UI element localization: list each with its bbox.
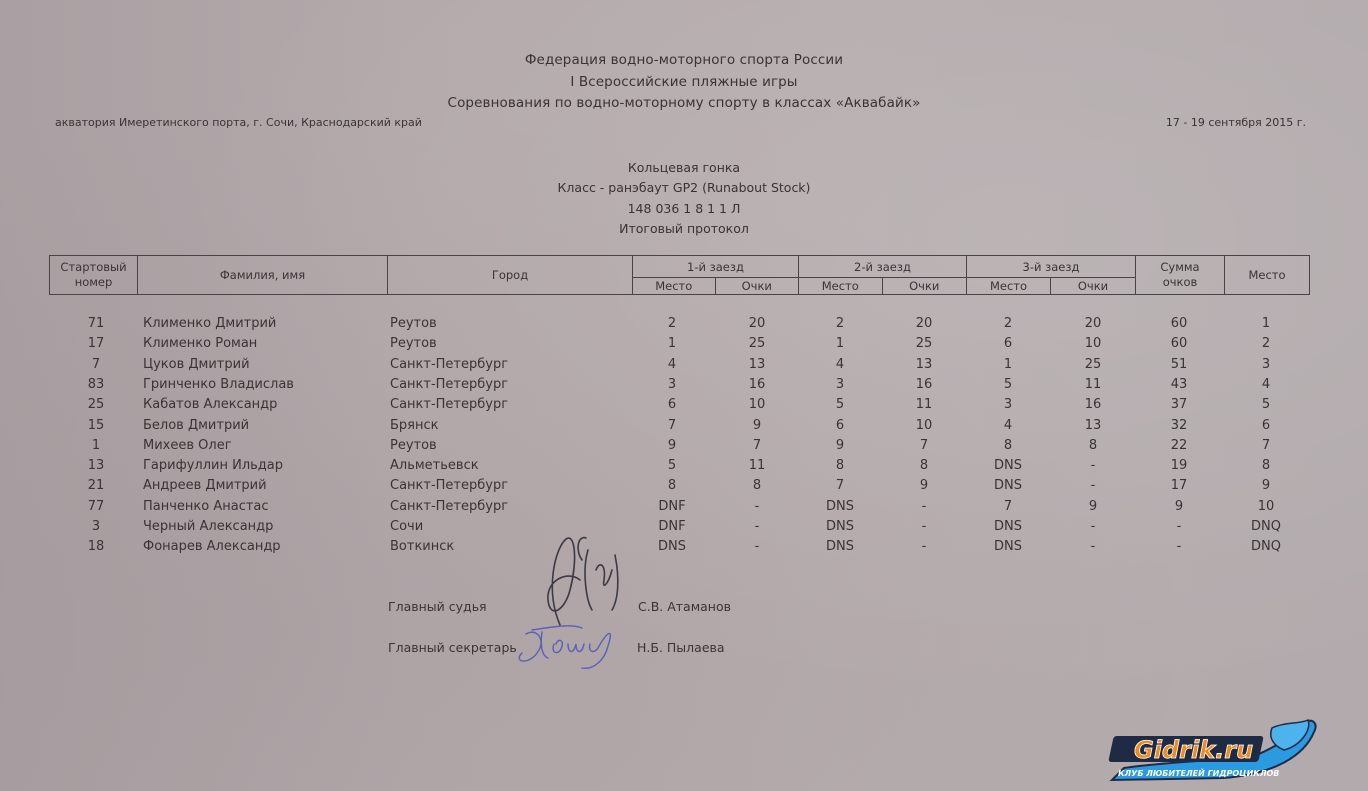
heat2-place: 2 bbox=[800, 314, 880, 334]
competition-title: Соревнования по водно-моторному спорту в… bbox=[0, 95, 1368, 111]
athlete-name: Клименко Роман bbox=[143, 334, 257, 354]
col-heat2: 2-й заезд Место Очки bbox=[799, 256, 967, 294]
heat1-title: 1-й заезд bbox=[633, 256, 798, 278]
city: Санкт-Петербург bbox=[390, 476, 508, 496]
heat3-points: 9 bbox=[1053, 497, 1133, 517]
total-points: 37 bbox=[1139, 395, 1219, 415]
judge-signature-icon bbox=[520, 530, 630, 630]
gidrik-logo: Gidrik.ru КЛУБ ЛЮБИТЕЛЕЙ ГИДРОЦИКЛОВ bbox=[1104, 716, 1318, 782]
heat3-place: 6 bbox=[968, 334, 1048, 354]
city: Реутов bbox=[390, 334, 437, 354]
heat2-place: 1 bbox=[800, 334, 880, 354]
protocol-title: Итоговый протокол bbox=[0, 221, 1368, 236]
total-points: 51 bbox=[1139, 355, 1219, 375]
city: Реутов bbox=[390, 436, 437, 456]
table-row: 7Цуков ДмитрийСанкт-Петербург41341312551… bbox=[0, 355, 1368, 375]
svg-text:КЛУБ ЛЮБИТЕЛЕЙ ГИДРОЦИКЛОВ: КЛУБ ЛЮБИТЕЛЕЙ ГИДРОЦИКЛОВ bbox=[1118, 767, 1279, 778]
heat3-title: 3-й заезд bbox=[967, 256, 1135, 278]
col-city: Город bbox=[388, 256, 633, 294]
heat3-points: 8 bbox=[1053, 436, 1133, 456]
total-points: 9 bbox=[1139, 497, 1219, 517]
start-number: 25 bbox=[60, 395, 132, 415]
heat1-points: 25 bbox=[717, 334, 797, 354]
total-points: 32 bbox=[1139, 416, 1219, 436]
chief-judge-label: Главный судья bbox=[388, 599, 487, 614]
heat3-points: - bbox=[1053, 476, 1133, 496]
chief-judge-name: С.В. Атаманов bbox=[638, 599, 731, 614]
venue: акватория Имеретинского порта, г. Сочи, … bbox=[55, 116, 422, 129]
heat2-place: 7 bbox=[800, 476, 880, 496]
heat2-points: Очки bbox=[883, 277, 967, 294]
start-number: 3 bbox=[60, 517, 132, 537]
col-heat1: 1-й заезд Место Очки bbox=[633, 256, 799, 294]
athlete-name: Андреев Дмитрий bbox=[143, 476, 267, 496]
heat3-place: 5 bbox=[968, 375, 1048, 395]
dates: 17 - 19 сентября 2015 г. bbox=[1166, 116, 1306, 129]
start-number: 13 bbox=[60, 456, 132, 476]
chief-secretary-name: Н.Б. Пылаева bbox=[637, 640, 725, 655]
city: Санкт-Петербург bbox=[390, 375, 508, 395]
heat2-place: DNS bbox=[800, 517, 880, 537]
heat1-place: DNF bbox=[632, 517, 712, 537]
heat1-place: 2 bbox=[632, 314, 712, 334]
col-place: Место bbox=[1225, 256, 1309, 294]
heat1-points: 11 bbox=[717, 456, 797, 476]
athlete-name: Гарифуллин Ильдар bbox=[143, 456, 283, 476]
table-row: 21Андреев ДмитрийСанкт-Петербург8879DNS-… bbox=[0, 476, 1368, 496]
city: Воткинск bbox=[390, 537, 454, 557]
city: Санкт-Петербург bbox=[390, 395, 508, 415]
city: Брянск bbox=[390, 416, 439, 436]
heat3-points: Очки bbox=[1051, 277, 1135, 294]
heat1-points: - bbox=[717, 517, 797, 537]
final-place: 5 bbox=[1226, 395, 1306, 415]
heat3-place: DNS bbox=[968, 517, 1048, 537]
heat3-points: 11 bbox=[1053, 375, 1133, 395]
heat3-points: - bbox=[1053, 456, 1133, 476]
heat2-points: - bbox=[884, 497, 964, 517]
heat1-place: 8 bbox=[632, 476, 712, 496]
heat2-place: 6 bbox=[800, 416, 880, 436]
start-number: 21 bbox=[60, 476, 132, 496]
heat3-points: - bbox=[1053, 537, 1133, 557]
heat3-place: 7 bbox=[968, 497, 1048, 517]
heat1-place: 5 bbox=[632, 456, 712, 476]
athlete-name: Гринченко Владислав bbox=[143, 375, 294, 395]
heat1-place: 1 bbox=[632, 334, 712, 354]
heat3-place: Место bbox=[967, 277, 1051, 294]
final-place: 2 bbox=[1226, 334, 1306, 354]
final-place: 7 bbox=[1226, 436, 1306, 456]
city: Реутов bbox=[390, 314, 437, 334]
heat3-place: DNS bbox=[968, 537, 1048, 557]
table-row: 3Черный АлександрСочиDNF-DNS-DNS--DNQ bbox=[0, 517, 1368, 537]
heat1-points: 8 bbox=[717, 476, 797, 496]
start-number: 15 bbox=[60, 416, 132, 436]
heat3-place: 4 bbox=[968, 416, 1048, 436]
heat3-place: 2 bbox=[968, 314, 1048, 334]
table-row: 13Гарифуллин ИльдарАльметьевск51188DNS-1… bbox=[0, 456, 1368, 476]
heat3-points: - bbox=[1053, 517, 1133, 537]
final-place: DNQ bbox=[1226, 537, 1306, 557]
athlete-name: Панченко Анастас bbox=[143, 497, 269, 517]
total-points: 22 bbox=[1139, 436, 1219, 456]
heat2-points: 8 bbox=[884, 456, 964, 476]
col-name: Фамилия, имя bbox=[138, 256, 388, 294]
final-place: 1 bbox=[1226, 314, 1306, 334]
heat1-place: Место bbox=[633, 277, 716, 294]
heat2-place: Место bbox=[799, 277, 883, 294]
heat1-points: 7 bbox=[717, 436, 797, 456]
heat1-points: 10 bbox=[717, 395, 797, 415]
heat2-points: 9 bbox=[884, 476, 964, 496]
heat3-place: 8 bbox=[968, 436, 1048, 456]
results-table-header: Стартовый номер Фамилия, имя Город 1-й з… bbox=[49, 255, 1310, 295]
heat1-place: DNS bbox=[632, 537, 712, 557]
secretary-signature-icon bbox=[512, 618, 632, 673]
athlete-name: Кабатов Александр bbox=[143, 395, 277, 415]
heat2-points: - bbox=[884, 517, 964, 537]
event-code: 148 036 1 8 1 1 Л bbox=[0, 201, 1368, 216]
heat2-points: 11 bbox=[884, 395, 964, 415]
svg-text:Gidrik.ru: Gidrik.ru bbox=[1134, 736, 1253, 764]
chief-secretary-label: Главный секретарь bbox=[388, 640, 517, 655]
heat1-place: 4 bbox=[632, 355, 712, 375]
table-row: 83Гринченко ВладиславСанкт-Петербург3163… bbox=[0, 375, 1368, 395]
heat1-points: 20 bbox=[717, 314, 797, 334]
heat3-points: 25 bbox=[1053, 355, 1133, 375]
heat3-points: 13 bbox=[1053, 416, 1133, 436]
heat3-points: 10 bbox=[1053, 334, 1133, 354]
final-place: DNQ bbox=[1226, 517, 1306, 537]
start-number: 77 bbox=[60, 497, 132, 517]
total-points: - bbox=[1139, 537, 1219, 557]
jetski-wave-icon: Gidrik.ru КЛУБ ЛЮБИТЕЛЕЙ ГИДРОЦИКЛОВ bbox=[1104, 716, 1318, 782]
race-type: Кольцевая гонка bbox=[0, 160, 1368, 175]
table-row: 71Клименко ДмитрийРеутов220220220601 bbox=[0, 314, 1368, 334]
heat3-place: 1 bbox=[968, 355, 1048, 375]
heat2-place: 8 bbox=[800, 456, 880, 476]
federation-title: Федерация водно-моторного спорта России bbox=[0, 52, 1368, 68]
start-number: 18 bbox=[60, 537, 132, 557]
start-number: 17 bbox=[60, 334, 132, 354]
final-place: 4 bbox=[1226, 375, 1306, 395]
start-number: 71 bbox=[60, 314, 132, 334]
heat1-place: 7 bbox=[632, 416, 712, 436]
athlete-name: Цуков Дмитрий bbox=[143, 355, 250, 375]
table-row: 77Панченко АнастасСанкт-ПетербургDNF-DNS… bbox=[0, 497, 1368, 517]
heat1-points: Очки bbox=[716, 277, 799, 294]
athlete-name: Черный Александр bbox=[143, 517, 273, 537]
total-points: 60 bbox=[1139, 334, 1219, 354]
table-row: 15Белов ДмитрийБрянск79610413326 bbox=[0, 416, 1368, 436]
heat2-place: 3 bbox=[800, 375, 880, 395]
city: Санкт-Петербург bbox=[390, 355, 508, 375]
athlete-name: Михеев Олег bbox=[143, 436, 232, 456]
heat2-points: 10 bbox=[884, 416, 964, 436]
heat1-place: 6 bbox=[632, 395, 712, 415]
final-place: 3 bbox=[1226, 355, 1306, 375]
col-total: Сумма очков bbox=[1136, 256, 1225, 294]
heat2-points: - bbox=[884, 537, 964, 557]
heat1-place: 3 bbox=[632, 375, 712, 395]
heat2-points: 20 bbox=[884, 314, 964, 334]
total-points: - bbox=[1139, 517, 1219, 537]
document-page: Федерация водно-моторного спорта России … bbox=[0, 0, 1368, 791]
heat2-points: 13 bbox=[884, 355, 964, 375]
start-number: 7 bbox=[60, 355, 132, 375]
col-heat3: 3-й заезд Место Очки bbox=[967, 256, 1136, 294]
start-number: 83 bbox=[60, 375, 132, 395]
total-points: 17 bbox=[1139, 476, 1219, 496]
athlete-name: Клименко Дмитрий bbox=[143, 314, 276, 334]
heat2-points: 25 bbox=[884, 334, 964, 354]
heat3-place: 3 bbox=[968, 395, 1048, 415]
heat2-place: 5 bbox=[800, 395, 880, 415]
athlete-name: Фонарев Александр bbox=[143, 537, 281, 557]
total-points: 43 bbox=[1139, 375, 1219, 395]
heat1-points: - bbox=[717, 497, 797, 517]
heat1-points: 9 bbox=[717, 416, 797, 436]
heat1-points: 16 bbox=[717, 375, 797, 395]
total-points: 60 bbox=[1139, 314, 1219, 334]
city: Сочи bbox=[390, 517, 423, 537]
final-place: 10 bbox=[1226, 497, 1306, 517]
col-start-number: Стартовый номер bbox=[50, 256, 138, 294]
table-row: 17Клименко РоманРеутов125125610602 bbox=[0, 334, 1368, 354]
athlete-name: Белов Дмитрий bbox=[143, 416, 249, 436]
start-number: 1 bbox=[60, 436, 132, 456]
heat3-place: DNS bbox=[968, 476, 1048, 496]
final-place: 8 bbox=[1226, 456, 1306, 476]
heat2-place: 4 bbox=[800, 355, 880, 375]
heat3-points: 20 bbox=[1053, 314, 1133, 334]
heat2-points: 16 bbox=[884, 375, 964, 395]
heat1-place: 9 bbox=[632, 436, 712, 456]
total-points: 19 bbox=[1139, 456, 1219, 476]
games-title: I Всероссийские пляжные игры bbox=[0, 74, 1368, 90]
heat2-place: DNS bbox=[800, 497, 880, 517]
heat3-points: 16 bbox=[1053, 395, 1133, 415]
heat2-place: 9 bbox=[800, 436, 880, 456]
heat1-place: DNF bbox=[632, 497, 712, 517]
final-place: 9 bbox=[1226, 476, 1306, 496]
table-row: 25Кабатов АлександрСанкт-Петербург610511… bbox=[0, 395, 1368, 415]
final-place: 6 bbox=[1226, 416, 1306, 436]
heat1-points: - bbox=[717, 537, 797, 557]
table-row: 1Михеев ОлегРеутов979788227 bbox=[0, 436, 1368, 456]
city: Санкт-Петербург bbox=[390, 497, 508, 517]
heat1-points: 13 bbox=[717, 355, 797, 375]
heat2-place: DNS bbox=[800, 537, 880, 557]
city: Альметьевск bbox=[390, 456, 479, 476]
table-row: 18Фонарев АлександрВоткинскDNS-DNS-DNS--… bbox=[0, 537, 1368, 557]
heat3-place: DNS bbox=[968, 456, 1048, 476]
race-class: Класс - ранэбаут GP2 (Runabout Stock) bbox=[0, 180, 1368, 195]
heat2-points: 7 bbox=[884, 436, 964, 456]
heat2-title: 2-й заезд bbox=[799, 256, 966, 278]
